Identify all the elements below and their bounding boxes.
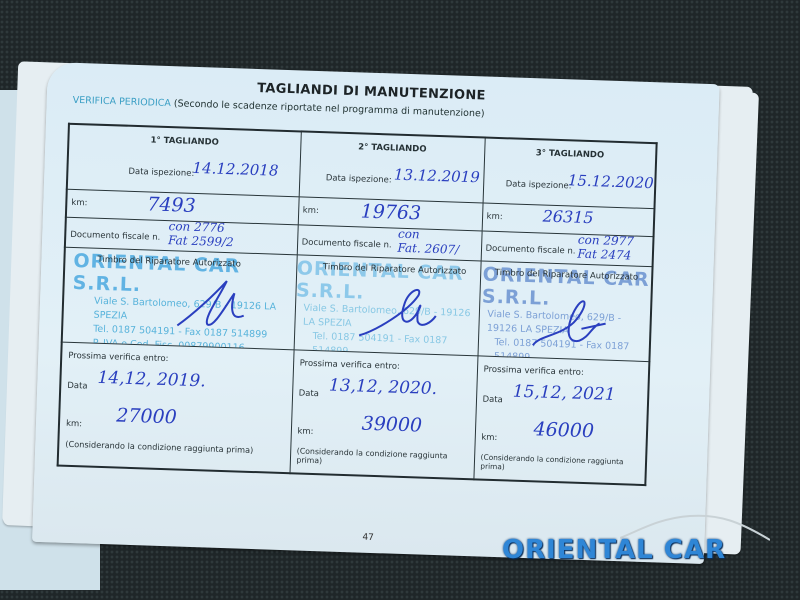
km-value: 7493: [147, 193, 196, 217]
fiscal-doc-label: Documento fiscale n.: [301, 237, 391, 250]
signature-icon: [528, 291, 610, 354]
km-value: 19763: [360, 200, 421, 224]
km-label: km:: [71, 198, 87, 209]
subtitle-accent: VERIFICA PERIODICA: [73, 95, 171, 109]
next-km: 39000: [361, 413, 422, 437]
next-km: 46000: [533, 419, 594, 443]
service-table: 1° TAGLIANDO Data ispezione: 14.12.2018 …: [57, 123, 658, 486]
dealer-watermark-logo: ORIENTAL CAR: [502, 535, 726, 565]
km-label: km:: [66, 419, 82, 430]
stamp-cell-1: ORIENTAL CAR S.R.L. Viale S. Bartolomeo,…: [62, 247, 297, 350]
inspection-cell-1: 1° TAGLIANDO Data ispezione: 14.12.2018: [67, 124, 301, 197]
fiscal-doc-line2: Fat 2599/2: [168, 233, 234, 249]
fiscal-doc-line2: Fat 2474: [577, 246, 631, 262]
service-heading: 2° TAGLIANDO: [301, 140, 484, 156]
table-row-next-check: Prossima verifica entro: Data 14,12, 201…: [58, 342, 650, 485]
date-label: Data: [67, 381, 88, 392]
fiscal-doc-line2: Fat. 2607/: [397, 240, 459, 256]
date-label: Data: [482, 395, 503, 406]
inspection-cell-3: 3° TAGLIANDO Data ispezione: 15.12.2020: [483, 138, 657, 209]
inspection-label: Data ispezione:: [128, 167, 194, 179]
fiscal-doc-label: Documento fiscale n.: [485, 243, 575, 256]
stamp-cell-2: ORIENTAL CAR S.R.L. Viale S. Bartolomeo,…: [294, 254, 481, 356]
page-title: TAGLIANDI DI MANUTENZIONE: [257, 81, 486, 104]
km-label: km:: [303, 205, 319, 216]
condition-note: (Considerando la condizione raggiunta pr…: [480, 453, 645, 476]
condition-note: (Considerando la condizione raggiunta pr…: [296, 447, 473, 471]
next-km: 27000: [116, 405, 177, 429]
maintenance-page: TAGLIANDI DI MANUTENZIONE VERIFICA PERIO…: [32, 62, 720, 564]
next-check-cell-2: Prossima verifica entro: Data 13,12, 202…: [289, 350, 477, 479]
condition-note: (Considerando la condizione raggiunta pr…: [65, 439, 253, 455]
next-check-label: Prossima verifica entro:: [299, 359, 400, 372]
next-check-cell-1: Prossima verifica entro: Data 14,12, 201…: [58, 342, 294, 473]
inspection-date: 13.12.2019: [394, 166, 480, 187]
next-check-cell-3: Prossima verifica entro: Data 15,12, 202…: [473, 356, 649, 485]
service-heading: 1° TAGLIANDO: [69, 133, 300, 151]
booklet: TAGLIANDI DI MANUTENZIONE VERIFICA PERIO…: [0, 40, 760, 560]
inspection-date: 15.12.2020: [568, 171, 654, 192]
page-number: 47: [362, 533, 374, 543]
km-label: km:: [481, 433, 497, 444]
fiscal-doc-label: Documento fiscale n.: [70, 230, 160, 243]
next-check-label: Prossima verifica entro:: [68, 351, 169, 364]
fiscal-doc-line1: con: [398, 226, 420, 241]
next-date: 15,12, 2021: [512, 382, 615, 405]
inspection-date: 14.12.2018: [192, 159, 278, 180]
inspection-cell-2: 2° TAGLIANDO Data ispezione: 13.12.2019: [299, 131, 485, 202]
km-label: km:: [486, 212, 502, 223]
stamp-cell-3: ORIENTAL CAR S.R.L. Viale S. Bartolomeo,…: [477, 261, 652, 362]
km-label: km:: [297, 427, 313, 438]
signature-icon: [356, 279, 438, 342]
next-date: 13,12, 2020.: [329, 376, 438, 400]
next-check-label: Prossima verifica entro:: [483, 365, 584, 378]
signature-icon: [173, 273, 255, 336]
next-date: 14,12, 2019.: [97, 368, 206, 392]
service-heading: 3° TAGLIANDO: [485, 147, 656, 163]
km-value: 26315: [542, 206, 594, 227]
date-label: Data: [298, 389, 319, 400]
inspection-label: Data ispezione:: [326, 173, 392, 185]
inspection-label: Data ispezione:: [506, 179, 572, 191]
